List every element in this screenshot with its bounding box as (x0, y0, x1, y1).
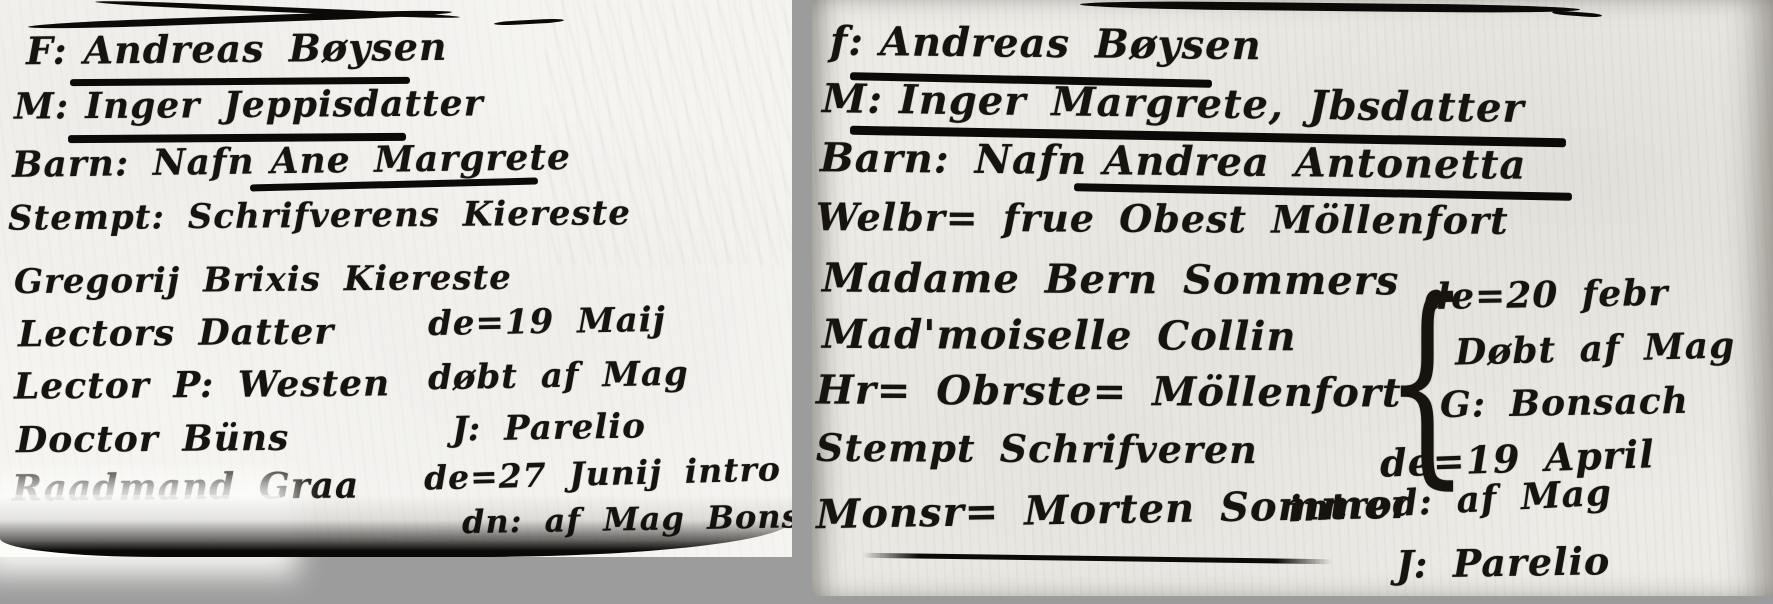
baptism-date: de=20 febr (1425, 272, 1669, 318)
child-name: Ane Margrete (270, 136, 571, 182)
ink-rule-top (1080, 0, 1580, 13)
left-page: F:Andreas Bøysen M:Inger Jeppisdatter Ba… (0, 0, 792, 557)
baptism-priest: J: Parelio (452, 406, 647, 449)
father-line: f:Andreas Bøysen (830, 18, 1262, 70)
witness-line: Gregorij Brixis Kiereste (14, 258, 512, 302)
baptism-note: døbt af Mag (428, 354, 689, 399)
mother-name: Inger Jeppisdatter (85, 82, 484, 127)
witness-line: Stempt: Schrifverens Kiereste (8, 193, 631, 238)
ink-rule-top (1552, 10, 1602, 17)
ink-rule-bottom (862, 553, 1332, 565)
mother-label: M: (14, 85, 69, 127)
witness-line: Lectors Datter (18, 311, 335, 356)
father-line: F:Andreas Bøysen (26, 24, 448, 73)
page-gutter (792, 0, 812, 604)
father-label: F: (26, 28, 68, 73)
baptism-note: Døbt af Mag (1454, 324, 1735, 373)
child-line: Barn: NafnAndrea Antonetta (820, 134, 1527, 188)
witness-line: Mad'moiselle Collin (822, 311, 1297, 360)
father-label: f: (830, 18, 864, 65)
child-label: Barn: Nafn (820, 134, 1088, 184)
document-scan: F:Andreas Bøysen M:Inger Jeppisdatter Ba… (0, 0, 1773, 604)
mother-line: M:Inger Margrete, Jbsdatter (822, 75, 1525, 132)
father-name: Andreas Bøysen (880, 18, 1262, 69)
mother-line: M:Inger Jeppisdatter (14, 82, 484, 127)
mother-name: Inger Margrete, Jbsdatter (899, 76, 1525, 132)
witness-line: Lector P: Westen (14, 362, 391, 407)
baptism-date: de=19 Maij (428, 300, 667, 344)
witness-line: Hr= Obrste= Möllenfort (816, 366, 1402, 416)
introduction-priest: J: Parelio (1396, 538, 1611, 587)
father-name: Andreas Bøysen (83, 24, 447, 73)
mother-label: M: (822, 75, 884, 123)
page-edge-shadow (0, 495, 792, 557)
witness-line: Madame Bern Sommers (822, 254, 1400, 304)
witness-line: Doctor Büns (16, 417, 290, 461)
witness-line: Stempt Schrifveren (816, 425, 1258, 472)
witness-line: Welbr= frue Obest Möllenfort (816, 194, 1509, 243)
baptism-priest: G: Bonsach (1440, 380, 1690, 426)
introduction-date: de=27 Junij intro (424, 449, 782, 497)
child-name: Andrea Antonetta (1103, 137, 1527, 188)
child-label: Barn: Nafn (12, 141, 255, 186)
